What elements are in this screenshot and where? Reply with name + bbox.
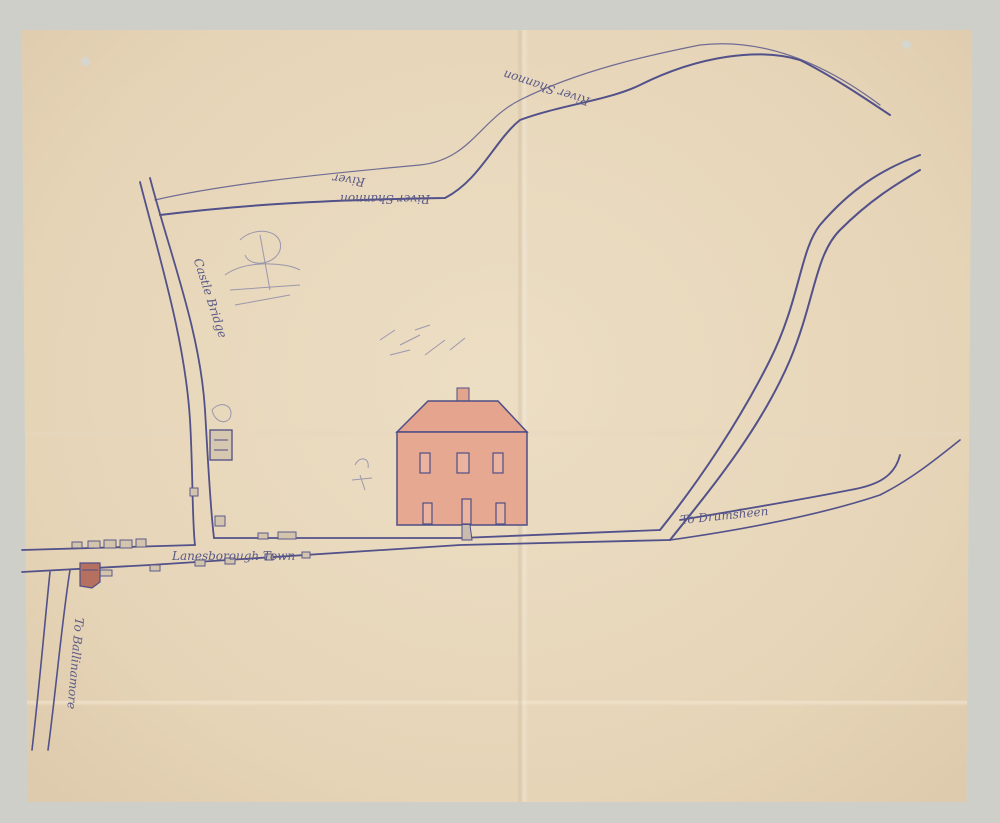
label-river-word: River bbox=[330, 171, 366, 190]
road-main-north bbox=[22, 530, 660, 550]
sketch-map: River Shannon River River Shannon Castle… bbox=[0, 0, 1000, 823]
label-to-ballinamore: To Ballinamore bbox=[64, 617, 86, 710]
label-river-shannon-lower: River Shannon bbox=[340, 192, 431, 206]
road-drumsheen-south bbox=[670, 440, 960, 540]
tree-by-road bbox=[212, 405, 231, 422]
shrub-near-house bbox=[352, 459, 372, 490]
red-building bbox=[80, 563, 100, 588]
road-ballinamore-west bbox=[32, 572, 50, 750]
label-village-road: Lanesborough Town bbox=[171, 549, 295, 563]
road-loop-west bbox=[660, 155, 920, 530]
road-ballinamore-east bbox=[48, 570, 70, 750]
road-loop-east bbox=[670, 170, 920, 540]
road-main-south bbox=[22, 540, 670, 572]
tree-cluster-upper-left bbox=[225, 231, 300, 305]
tree-cluster-center bbox=[380, 325, 465, 355]
cottage-by-road bbox=[210, 430, 232, 460]
main-house bbox=[397, 388, 527, 540]
label-castle-bridge: Castle Bridge bbox=[191, 257, 230, 340]
label-to-drumsheen: To Drumsheen bbox=[680, 504, 769, 527]
